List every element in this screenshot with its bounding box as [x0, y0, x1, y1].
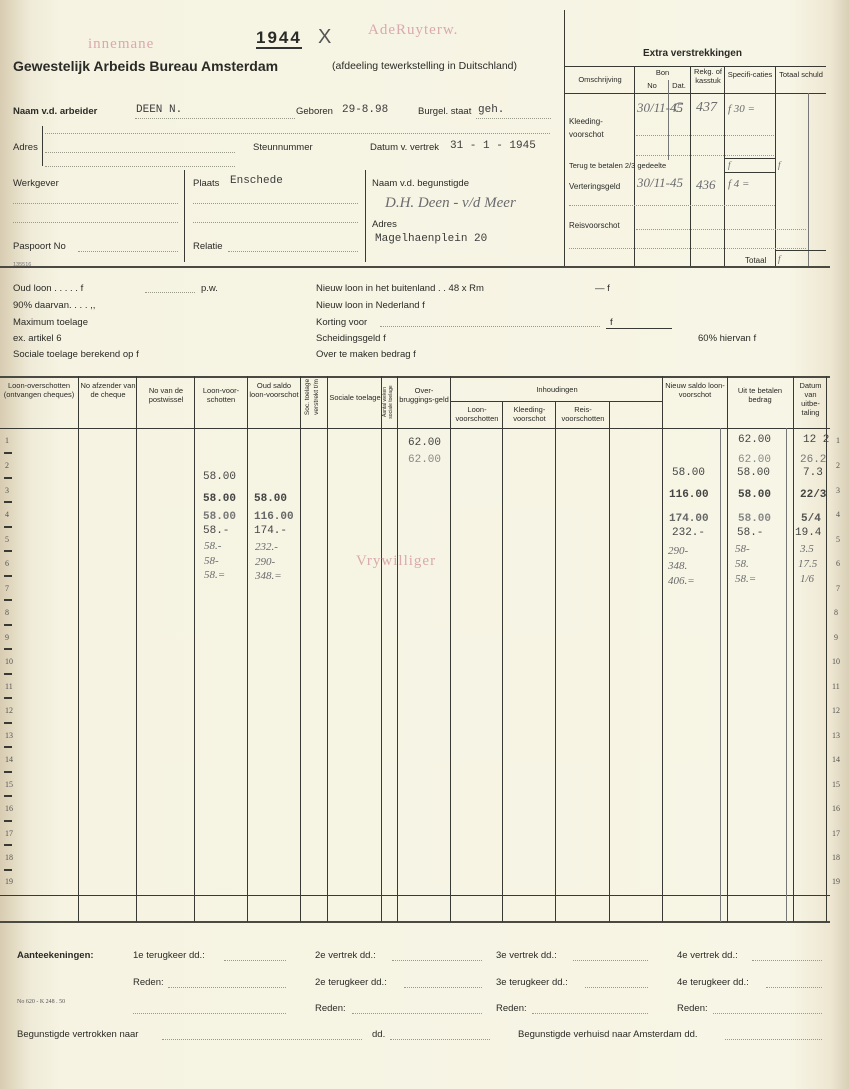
bureau-title: Gewestelijk Arbeids Bureau Amsterdam: [13, 58, 278, 74]
cell-uit-5: 58.00: [738, 513, 771, 525]
civil-label: Burgel. staat: [418, 106, 471, 117]
beneficiary-address-label: Adres: [372, 219, 397, 230]
totaal-value: f: [778, 254, 781, 264]
note-reden-4: Reden:: [677, 1003, 708, 1014]
cell-overbrugging-1: 62.00: [408, 437, 441, 449]
col-bon-dat: Dat.: [668, 81, 690, 90]
cell-uit-3: 58.00: [737, 467, 770, 479]
note-3e-vertrek: 3e vertrek dd.:: [496, 950, 557, 961]
new-abroad-label: Nieuw loon in het buitenland . . 48 x Rm: [316, 283, 484, 294]
th-nieuw-saldo: Nieuw saldo loon-voorschot: [664, 381, 726, 399]
col-omschrijving: Omschrijving: [566, 75, 634, 84]
moved-to-label: Begunstigde vertrokken naar: [17, 1029, 138, 1040]
old-wage-label: Oud loon . . . . . f: [13, 283, 83, 294]
cell-voorschot-8: 58-: [204, 555, 219, 567]
note-reden-3: Reden:: [496, 1003, 527, 1014]
cell-nieuw-9: 406.=: [668, 575, 695, 587]
cell-voorschot-6: 58.-: [203, 525, 229, 537]
note-reden-2: Reden:: [315, 1003, 346, 1014]
cell-uit-7: 58-: [735, 543, 750, 555]
cell-datum-8: 17.5: [798, 558, 817, 570]
stamp-right: AdeRuyterw.: [368, 22, 458, 39]
discount-f: f: [610, 317, 613, 328]
beneficiary-value: D.H. Deen - v/d Meer: [385, 195, 516, 212]
cell-oud-5: 116.00: [254, 511, 294, 523]
social-calc-label: Sociale toelage berekend op f: [13, 349, 139, 360]
departure-value: 31 - 1 - 1945: [450, 140, 536, 152]
cell-nieuw-6: 232.-: [672, 527, 705, 539]
th-soc-verstrekt: Soc. toelage verstrekt t/m: [303, 374, 321, 420]
th-sociale-toelage: Sociale toelage: [329, 393, 381, 402]
terug-total: f: [778, 160, 781, 170]
beneficiary-label: Naam v.d. begunstigde: [372, 178, 469, 189]
cell-uit-8: 58.: [735, 558, 749, 570]
extra-title: Extra verstrekkingen: [643, 48, 742, 59]
relation-label: Relatie: [193, 241, 223, 252]
cell-nieuw-7: 290-: [668, 545, 688, 557]
cell-nieuw-8: 348.: [668, 560, 687, 572]
cell-nieuw-3: 58.00: [672, 467, 705, 479]
stamp-vrywilliger: Vrywilliger: [356, 553, 436, 570]
col-bon-no: No: [636, 81, 668, 90]
extra-row-kleeding: Kleeding-voorschot: [569, 115, 629, 141]
cell-overbrugging-2: 62.00: [408, 454, 441, 466]
cell-datum-5: 5/4: [801, 513, 821, 525]
note-reden-1: Reden:: [133, 977, 164, 988]
note-3e-terugkeer: 3e terugkeer dd.:: [496, 977, 568, 988]
cell-uit-6: 58.-: [737, 527, 763, 539]
support-label: Steunnummer: [253, 142, 313, 153]
transfer-label: Over te maken bedrag f: [316, 349, 416, 360]
cell-oud-8: 290-: [255, 556, 275, 568]
cell-uit-2: 62.00: [738, 454, 771, 466]
cell-datum-1: 12 2: [803, 434, 829, 446]
cell-datum-4: 22/3: [800, 489, 826, 501]
year-heading: 1944: [256, 28, 302, 49]
extra-row-totaal: Totaal: [745, 256, 766, 265]
col-kasstuk: Rekg. of kasstuk: [692, 67, 724, 85]
vertering-bon-no: 30/11-45: [637, 175, 683, 191]
note-1e-terugkeer: 1e terugkeer dd.:: [133, 950, 205, 961]
per-week-label: p.w.: [201, 283, 218, 294]
th-uit-te-betalen: Uit te betalen bedrag: [729, 386, 791, 404]
cell-oud-6: 174.-: [254, 525, 287, 537]
separation-label: Scheidingsgeld f: [316, 333, 386, 344]
moved-amsterdam-label: Begunstigde verhuisd naar Amsterdam dd.: [518, 1029, 698, 1040]
cell-datum-7: 3.5: [800, 543, 814, 555]
cell-oud-4: 58.00: [254, 493, 287, 505]
department-subtitle: (afdeeling tewerkstelling in Duitschland…: [332, 60, 517, 72]
note-2e-terugkeer: 2e terugkeer dd.:: [315, 977, 387, 988]
cell-uit-9: 58.=: [735, 573, 756, 585]
kleeding-spec: f 30 =: [728, 103, 755, 115]
th-afzender: No afzender van de cheque: [80, 381, 136, 399]
extra-row-vertering: Verteringsgeld: [569, 182, 620, 191]
kleeding-kasstuk: 437: [696, 100, 717, 116]
cell-nieuw-4: 116.00: [669, 489, 709, 501]
cell-voorschot-3: 58.00: [203, 471, 236, 483]
col-bon: Bon: [635, 68, 690, 77]
new-abroad-f: — f: [595, 283, 610, 294]
kleeding-bon-dat: C: [673, 100, 683, 117]
cell-voorschot-4: 58.00: [203, 493, 236, 505]
extra-row-reis: Reisvoorschot: [569, 221, 620, 230]
th-loonoverschotten: Loon-overschotten (ontvangen cheques): [2, 381, 76, 399]
place-value: Enschede: [230, 175, 283, 187]
place-label: Plaats: [193, 178, 219, 189]
cell-voorschot-9: 58.=: [204, 569, 225, 581]
max-allowance-label: Maximum toelage: [13, 317, 88, 328]
th-datum: Datum van uitbe-taling: [795, 381, 826, 417]
beneficiary-address-value: Magelhaenplein 20: [375, 233, 487, 245]
vertering-spec: f 4 =: [728, 178, 749, 190]
moved-dd-label: dd.: [372, 1029, 385, 1040]
form-number: No 620 - K 248 . 50: [17, 999, 65, 1005]
th-loonvoorschotten: Loon-voor-schotten: [196, 386, 246, 404]
th-inh-kleeding: Kleeding-voorschot: [504, 405, 555, 423]
discount-label: Korting voor: [316, 317, 367, 328]
extra-row-terug: Terug te betalen 2/3 gedeelte: [569, 161, 666, 170]
th-overbrugging: Over-bruggings-geld: [399, 386, 449, 404]
th-inhoudingen: Inhoudingen: [452, 385, 662, 394]
year-mark: X: [318, 26, 331, 49]
cell-oud-9: 348.=: [255, 570, 282, 582]
col-specificaties: Specifi-caties: [726, 70, 774, 79]
terug-spec: f: [728, 160, 731, 170]
cell-oud-7: 232.-: [255, 541, 278, 553]
passport-label: Paspoort No: [13, 241, 66, 252]
ex-article-label: ex. artikel 6: [13, 333, 62, 344]
note-4e-vertrek: 4e vertrek dd.:: [677, 950, 738, 961]
sixty-pct-label: 60% hiervan f: [698, 333, 756, 344]
note-4e-terugkeer: 4e terugkeer dd.:: [677, 977, 749, 988]
cell-voorschot-7: 58.-: [204, 540, 221, 552]
cell-voorschot-5: 58.00: [203, 511, 236, 523]
cell-datum-9: 1/6: [800, 573, 814, 585]
note-2e-vertrek: 2e vertrek dd.:: [315, 950, 376, 961]
vertering-kasstuk: 436: [696, 177, 716, 193]
document-page: innemane AdeRuyterw. 1944 X Gewestelijk …: [0, 0, 849, 1089]
new-nl-label: Nieuw loon in Nederland f: [316, 300, 425, 311]
name-label: Naam v.d. arbeider: [13, 106, 97, 117]
th-inh-loon: Loon-voorschotten: [452, 405, 502, 423]
cell-uit-1: 62.00: [738, 434, 771, 446]
ninety-pct-label: 90% daarvan. . . . ,,: [13, 300, 95, 311]
cell-datum-6: 19.4: [795, 527, 821, 539]
employer-label: Werkgever: [13, 178, 59, 189]
stamp-left: innemane: [88, 36, 154, 53]
departure-label: Datum v. vertrek: [370, 142, 439, 153]
th-postwissel: No van de postwissel: [138, 386, 194, 404]
cell-nieuw-5: 174.00: [669, 513, 709, 525]
born-value: 29-8.98: [342, 104, 388, 116]
civil-value: geh.: [478, 104, 504, 116]
col-totaal-schuld: Totaal schuld: [778, 70, 824, 79]
th-inh-reis: Reis-voorschotten: [557, 405, 609, 423]
name-value: DEEN N.: [136, 104, 182, 116]
cell-datum-3: 7.3: [803, 467, 823, 479]
th-oud-saldo: Oud saldo loon-voorschot: [249, 381, 299, 399]
cell-uit-4: 58.00: [738, 489, 771, 501]
born-label: Geboren: [296, 106, 333, 117]
cell-datum-2: 26.2: [800, 454, 826, 466]
th-aantal-weken: Aantal weken sociale toelage: [382, 379, 394, 425]
address-label: Adres: [13, 142, 38, 153]
notes-title: Aanteekeningen:: [17, 950, 94, 961]
